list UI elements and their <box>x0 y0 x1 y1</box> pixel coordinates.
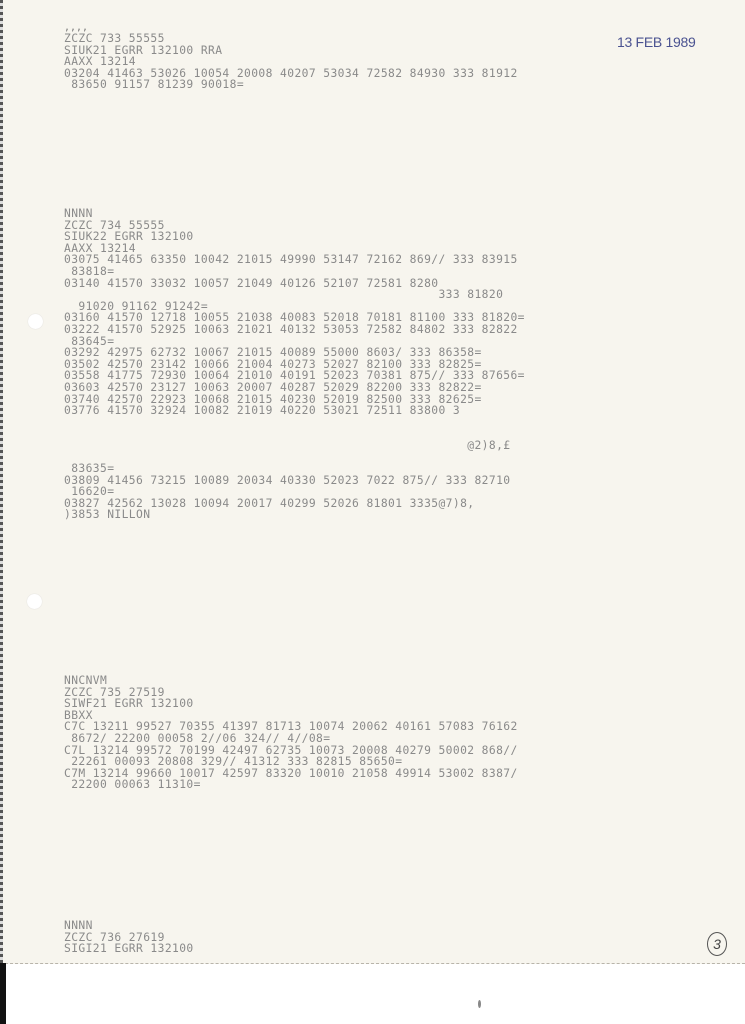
message-line: 333 81820 <box>64 289 525 301</box>
message-line: 22261 00093 20808 329// 41312 333 82815 … <box>64 756 518 768</box>
message-line: SIWF21 EGRR 132100 <box>64 698 518 710</box>
message-block: NNNNZCZC 736 27619SIGI21 EGRR 132100 <box>64 920 194 955</box>
handwritten-page-number: 3 <box>707 932 727 956</box>
message-line: 22200 00063 11310= <box>64 779 518 791</box>
message-line: SIGI21 EGRR 132100 <box>64 943 194 955</box>
message-block: NNNNZCZC 734 55555SIUK22 EGRR 132100AAXX… <box>64 208 525 521</box>
message-line: NNNN <box>64 920 194 932</box>
message-line: 83818= <box>64 266 525 278</box>
scan-edge <box>0 963 6 1024</box>
message-line: 03075 41465 63350 10042 21015 49990 5314… <box>64 254 525 266</box>
message-line: ZCZC 733 55555 <box>64 33 518 45</box>
message-line: 8672/ 22200 00058 2//06 324// 4//08= <box>64 733 518 745</box>
message-line: NNCNVM <box>64 675 518 687</box>
message-block: ZCZC 733 55555SIUK21 EGRR 132100 RRAAAXX… <box>64 33 518 91</box>
punch-hole <box>27 594 42 609</box>
message-line: 83650 91157 81239 90018= <box>64 79 518 91</box>
dust-speck <box>478 1000 481 1008</box>
message-line: 03809 41456 73215 10089 20034 40330 5202… <box>64 475 525 487</box>
message-line: NNNN <box>64 208 525 220</box>
message-line: 03603 42570 23127 10063 20007 40287 5202… <box>64 382 525 394</box>
punch-hole <box>28 314 43 329</box>
message-line <box>64 451 525 463</box>
teleprinter-page: ,,,, 13 FEB 1989 ZCZC 733 55555SIUK21 EG… <box>0 0 745 964</box>
message-line: 03776 41570 32924 10082 21019 40220 5302… <box>64 405 525 417</box>
date-stamp: 13 FEB 1989 <box>617 34 695 50</box>
message-block: NNCNVMZCZC 735 27519SIWF21 EGRR 132100BB… <box>64 675 518 791</box>
message-line: )3853 NILLON <box>64 509 525 521</box>
message-line: 03222 41570 52925 10063 21021 40132 5305… <box>64 324 525 336</box>
message-line <box>64 417 525 429</box>
message-line: 83635= <box>64 463 525 475</box>
message-line: @2)8,£ <box>64 440 525 452</box>
message-line: 03292 42975 62732 10067 21015 40089 5500… <box>64 347 525 359</box>
